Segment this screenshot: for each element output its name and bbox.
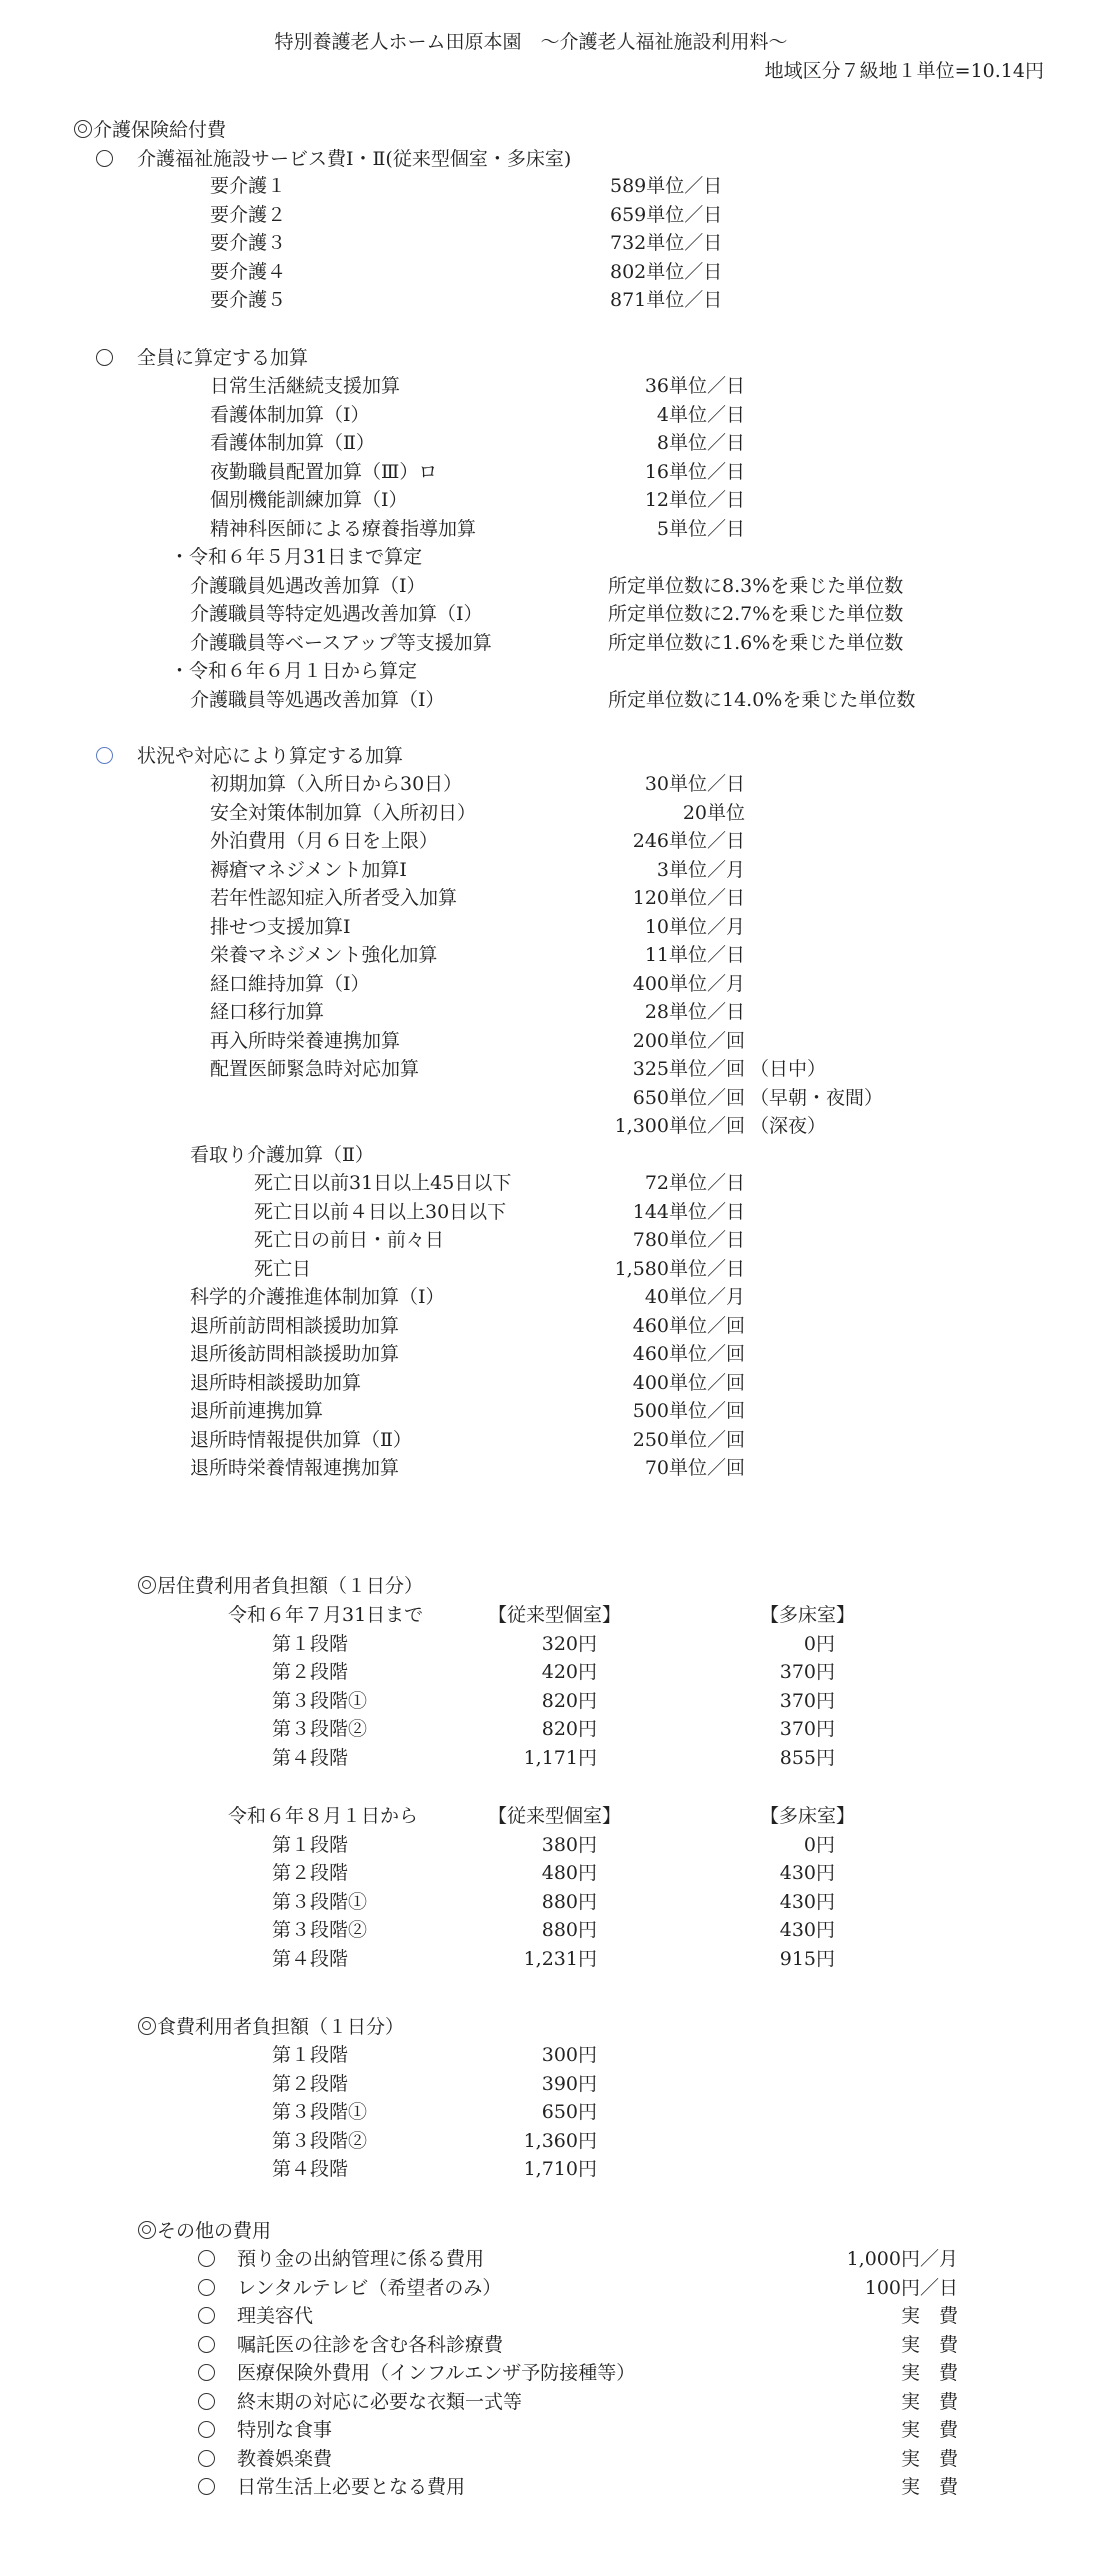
heading-text: その他の費用 xyxy=(157,2220,271,2242)
subsection-heading: 介護福祉施設サービス費Ⅰ・Ⅱ(従来型個室・多床室) xyxy=(137,148,571,170)
housing-period-label: 令和６年７月31日まで xyxy=(228,1601,423,1629)
food-fee: 1,710円 xyxy=(197,2155,597,2183)
circle-bullet-icon xyxy=(96,747,113,764)
document-title: 特別養護老人ホーム田原本園 ～介護老人福祉施設利用料～ xyxy=(0,28,1102,56)
terminal-care-item-value: 72単位／日 xyxy=(345,1169,745,1197)
other-fee-value: 実 費 xyxy=(558,2302,958,2330)
multi-bed-room-fee: 855円 xyxy=(435,1744,835,1772)
addition-value: 250単位／回 xyxy=(345,1426,745,1454)
col-header-private-room: 【従来型個室】 xyxy=(488,1802,621,1830)
addition-value: 12単位／日 xyxy=(345,486,745,514)
other-fee-value: 実 費 xyxy=(558,2331,958,2359)
other-fee-value: 実 費 xyxy=(558,2359,958,2387)
other-fee-label: レンタルテレビ（希望者のみ） xyxy=(237,2277,501,2299)
terminal-care-item-value: 780単位／日 xyxy=(345,1226,745,1254)
treatment-addition-label: 介護職員等ベースアップ等支援加算 xyxy=(190,629,492,657)
circle-bullet-icon xyxy=(198,2250,215,2267)
food-fee: 1,360円 xyxy=(197,2127,597,2155)
other-fee-value: 100円／日 xyxy=(558,2274,958,2302)
other-fee-label: 特別な食事 xyxy=(237,2419,332,2441)
addition-value: 8単位／日 xyxy=(345,429,745,457)
circle-bullet-icon xyxy=(198,2450,215,2467)
care-level-value: 589単位／日 xyxy=(610,172,722,200)
addition-value: 460単位／回 xyxy=(345,1340,745,1368)
addition-value: 650単位／回 xyxy=(345,1084,745,1112)
double-circle-icon xyxy=(138,2017,156,2035)
other-fee-label: 終末期の対応に必要な衣類一式等 xyxy=(237,2391,522,2413)
other-fee-item: 教養娯楽費 xyxy=(198,2445,332,2473)
circle-bullet-icon xyxy=(198,2307,215,2324)
addition-note: （日中） xyxy=(750,1055,826,1083)
other-fee-item: 終末期の対応に必要な衣類一式等 xyxy=(198,2388,522,2416)
addition-label: 退所前連携加算 xyxy=(190,1397,323,1425)
treatment-addition-value: 所定単位数に1.6%を乗じた単位数 xyxy=(608,629,903,657)
food-fee: 650円 xyxy=(197,2098,597,2126)
care-level-label: 要介護４ xyxy=(210,258,286,286)
multi-bed-room-fee: 370円 xyxy=(435,1658,835,1686)
other-fee-item: 預り金の出納管理に係る費用 xyxy=(198,2245,484,2273)
col-header-private-room: 【従来型個室】 xyxy=(488,1601,621,1629)
circle-bullet-icon xyxy=(96,150,113,167)
region-unit-note: 地域区分７級地１単位=10.14円 xyxy=(765,57,1044,85)
multi-bed-room-fee: 430円 xyxy=(435,1859,835,1887)
double-circle-icon xyxy=(74,120,92,138)
heading-text: 介護保険給付費 xyxy=(93,119,226,141)
housing-period-label: 令和６年８月１日から xyxy=(228,1802,418,1830)
other-fee-label: 日常生活上必要となる費用 xyxy=(237,2476,465,2498)
multi-bed-room-fee: 0円 xyxy=(435,1630,835,1658)
double-circle-icon xyxy=(138,1576,156,1594)
other-fee-item: レンタルテレビ（希望者のみ） xyxy=(198,2274,501,2302)
addition-value: 460単位／回 xyxy=(345,1312,745,1340)
period-label: ・令和６年５月31日まで算定 xyxy=(170,543,422,571)
other-fee-value: 1,000円／月 xyxy=(558,2245,958,2273)
subsection-heading: 全員に算定する加算 xyxy=(137,347,308,369)
multi-bed-room-fee: 370円 xyxy=(435,1715,835,1743)
treatment-addition-label: 介護職員等特定処遇改善加算（Ⅰ） xyxy=(190,600,483,628)
addition-value: 246単位／日 xyxy=(345,827,745,855)
care-level-label: 要介護３ xyxy=(210,229,286,257)
circle-bullet-icon xyxy=(198,2393,215,2410)
addition-value: 16単位／日 xyxy=(345,458,745,486)
subsection-heading: 状況や対応により算定する加算 xyxy=(137,745,403,767)
care-level-value: 659単位／日 xyxy=(610,201,722,229)
addition-value: 3単位／月 xyxy=(345,856,745,884)
terminal-care-item-label: 死亡日 xyxy=(254,1255,311,1283)
section-heading-other: その他の費用 xyxy=(138,2217,271,2245)
other-fee-label: 理美容代 xyxy=(237,2305,313,2327)
care-level-value: 871単位／日 xyxy=(610,286,722,314)
terminal-care-item-value: 1,580単位／日 xyxy=(345,1255,745,1283)
circle-bullet-icon xyxy=(198,2478,215,2495)
other-fee-item: 理美容代 xyxy=(198,2302,313,2330)
circle-bullet-icon xyxy=(96,349,113,366)
addition-note: （早朝・夜間） xyxy=(750,1084,883,1112)
addition-value: 1,300単位／回 xyxy=(345,1112,745,1140)
terminal-care-label: 看取り介護加算（Ⅱ） xyxy=(190,1141,374,1169)
multi-bed-room-fee: 915円 xyxy=(435,1945,835,1973)
circle-bullet-icon xyxy=(198,2279,215,2296)
col-header-multi-bed-room: 【多床室】 xyxy=(760,1601,855,1629)
addition-value: 20単位 xyxy=(345,799,745,827)
heading-text: 居住費利用者負担額（１日分） xyxy=(157,1575,423,1597)
treatment-addition-value: 所定単位数に2.7%を乗じた単位数 xyxy=(608,600,903,628)
care-level-value: 732単位／日 xyxy=(610,229,722,257)
multi-bed-room-fee: 430円 xyxy=(435,1888,835,1916)
addition-value: 36単位／日 xyxy=(345,372,745,400)
subsection-conditional: 状況や対応により算定する加算 xyxy=(96,742,403,770)
section-heading-care-insurance: 介護保険給付費 xyxy=(74,116,226,144)
addition-value: 200単位／回 xyxy=(345,1027,745,1055)
treatment-addition-label: 介護職員等処遇改善加算（Ⅰ） xyxy=(190,686,445,714)
addition-value: 70単位／回 xyxy=(345,1454,745,1482)
other-fee-item: 特別な食事 xyxy=(198,2416,332,2444)
addition-value: 325単位／回 xyxy=(345,1055,745,1083)
multi-bed-room-fee: 0円 xyxy=(435,1831,835,1859)
care-level-label: 要介護５ xyxy=(210,286,286,314)
heading-text: 食費利用者負担額（１日分） xyxy=(157,2016,404,2038)
addition-value: 4単位／日 xyxy=(345,401,745,429)
addition-value: 11単位／日 xyxy=(345,941,745,969)
multi-bed-room-fee: 370円 xyxy=(435,1687,835,1715)
addition-value: 400単位／回 xyxy=(345,1369,745,1397)
subsection-service-fee: 介護福祉施設サービス費Ⅰ・Ⅱ(従来型個室・多床室) xyxy=(96,145,571,173)
addition-label: 経口移行加算 xyxy=(210,998,324,1026)
other-fee-item: 嘱託医の往診を含む各科診療費 xyxy=(198,2331,503,2359)
section-heading-housing: 居住費利用者負担額（１日分） xyxy=(138,1572,423,1600)
addition-value: 28単位／日 xyxy=(345,998,745,1026)
care-level-label: 要介護２ xyxy=(210,201,286,229)
other-fee-item: 日常生活上必要となる費用 xyxy=(198,2473,465,2501)
care-level-value: 802単位／日 xyxy=(610,258,722,286)
period-label: ・令和６年６月１日から算定 xyxy=(170,657,417,685)
circle-bullet-icon xyxy=(198,2364,215,2381)
circle-bullet-icon xyxy=(198,2336,215,2353)
double-circle-icon xyxy=(138,2221,156,2239)
addition-value: 40単位／月 xyxy=(345,1283,745,1311)
care-level-label: 要介護１ xyxy=(210,172,286,200)
addition-label: 退所時相談援助加算 xyxy=(190,1369,361,1397)
addition-note: （深夜） xyxy=(750,1112,826,1140)
addition-value: 120単位／日 xyxy=(345,884,745,912)
food-fee: 300円 xyxy=(197,2041,597,2069)
treatment-addition-value: 所定単位数に14.0%を乗じた単位数 xyxy=(608,686,915,714)
addition-value: 400単位／月 xyxy=(345,970,745,998)
other-fee-label: 嘱託医の往診を含む各科診療費 xyxy=(237,2334,503,2356)
section-heading-food: 食費利用者負担額（１日分） xyxy=(138,2013,404,2041)
terminal-care-item-value: 144単位／日 xyxy=(345,1198,745,1226)
multi-bed-room-fee: 430円 xyxy=(435,1916,835,1944)
other-fee-value: 実 費 xyxy=(558,2473,958,2501)
other-fee-value: 実 費 xyxy=(558,2416,958,2444)
circle-bullet-icon xyxy=(198,2421,215,2438)
other-fee-value: 実 費 xyxy=(558,2388,958,2416)
other-fee-label: 教養娯楽費 xyxy=(237,2448,332,2470)
addition-value: 30単位／日 xyxy=(345,770,745,798)
treatment-addition-value: 所定単位数に8.3%を乗じた単位数 xyxy=(608,572,903,600)
subsection-all-residents: 全員に算定する加算 xyxy=(96,344,308,372)
treatment-addition-label: 介護職員処遇改善加算（Ⅰ） xyxy=(190,572,426,600)
addition-value: 10単位／月 xyxy=(345,913,745,941)
addition-label: 排せつ支援加算Ⅰ xyxy=(210,913,351,941)
col-header-multi-bed-room: 【多床室】 xyxy=(760,1802,855,1830)
addition-value: 500単位／回 xyxy=(345,1397,745,1425)
addition-value: 5単位／日 xyxy=(345,515,745,543)
other-fee-value: 実 費 xyxy=(558,2445,958,2473)
food-fee: 390円 xyxy=(197,2070,597,2098)
other-fee-label: 預り金の出納管理に係る費用 xyxy=(237,2248,484,2270)
